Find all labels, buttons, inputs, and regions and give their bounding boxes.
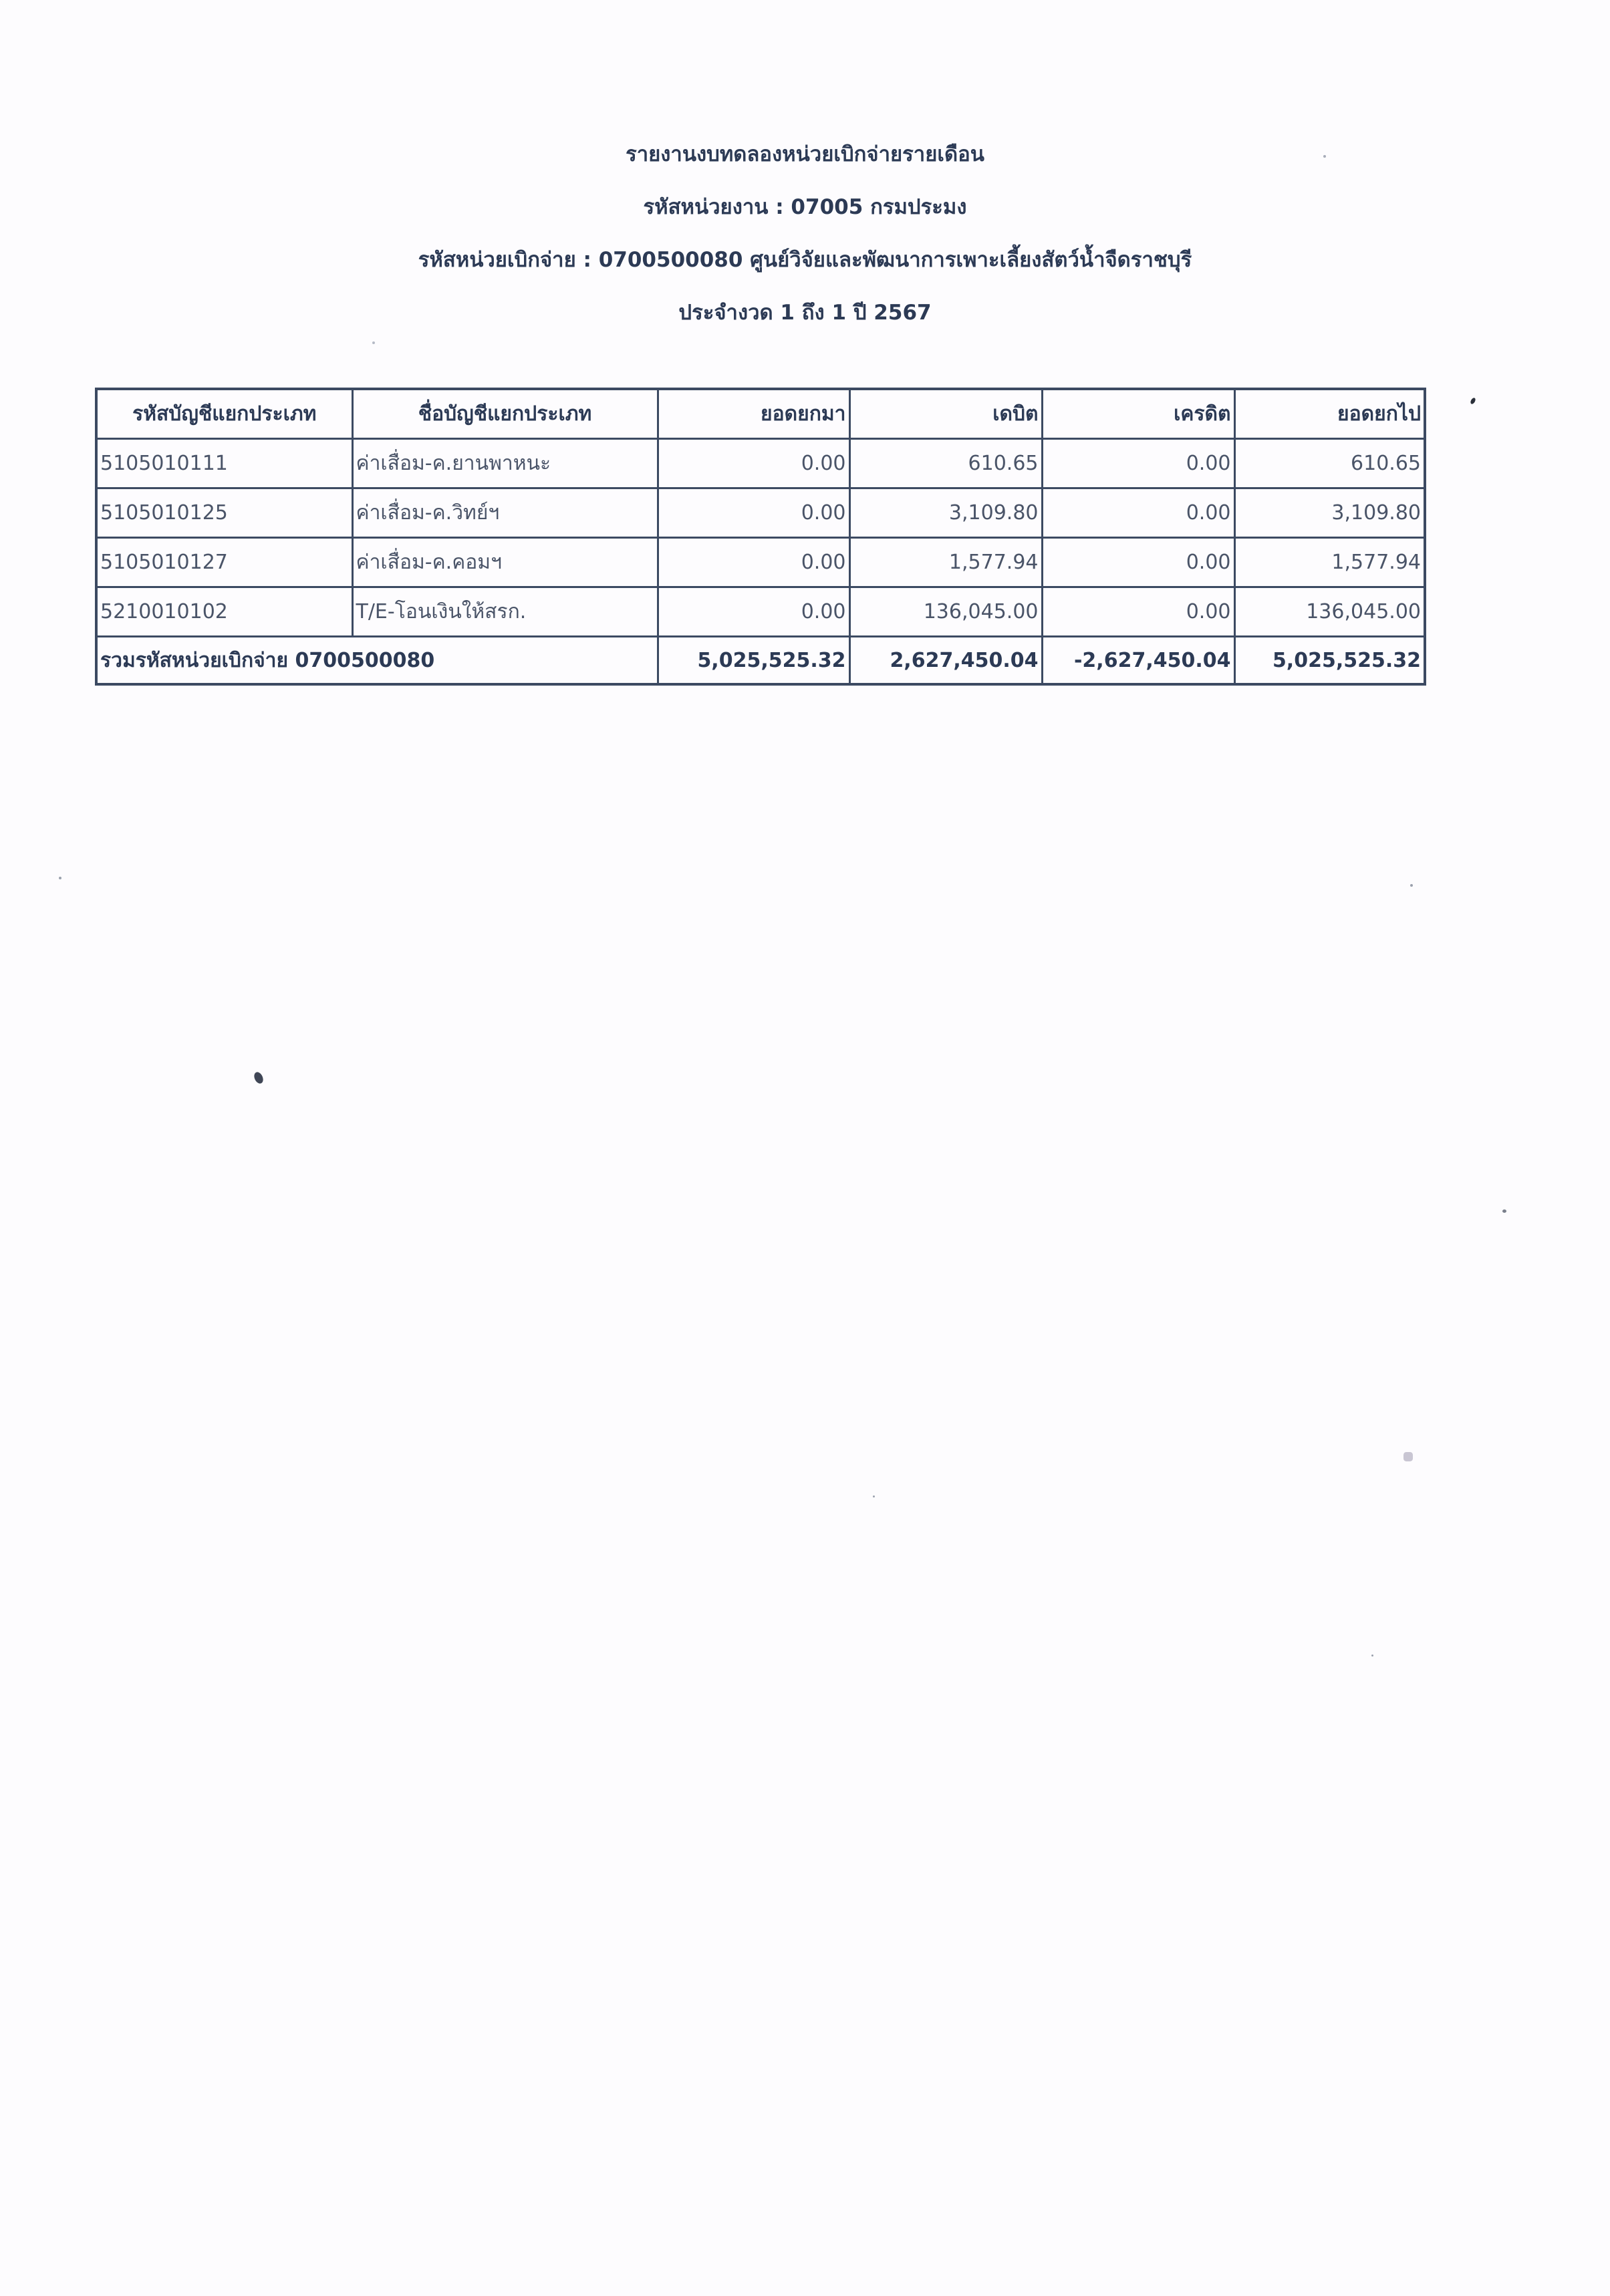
cell-account-name: ค่าเสื่อม-ค.คอมฯ xyxy=(352,538,658,587)
total-credit: -2,627,450.04 xyxy=(1042,637,1234,685)
scan-speck xyxy=(372,341,375,344)
col-header-carried-forward: ยอดยกไป xyxy=(1234,389,1425,439)
agency-code-line: รหัสหน่วยงาน : 07005 กรมประมง xyxy=(0,190,1610,223)
scan-speck xyxy=(1470,397,1476,405)
trial-balance-table: รหัสบัญชีแยกประเภท ชื่อบัญชีแยกประเภท ยอ… xyxy=(95,388,1426,686)
cell-debit: 136,045.00 xyxy=(849,587,1042,637)
scan-speck xyxy=(1371,1655,1373,1657)
total-carried-forward: 5,025,525.32 xyxy=(1234,637,1425,685)
table-row: 5105010125 ค่าเสื่อม-ค.วิทย์ฯ 0.00 3,109… xyxy=(96,488,1425,538)
col-header-account-code: รหัสบัญชีแยกประเภท xyxy=(96,389,352,439)
table-row: 5105010111 ค่าเสื่อม-ค.ยานพาหนะ 0.00 610… xyxy=(96,439,1425,488)
cell-brought-forward: 0.00 xyxy=(658,439,849,488)
cell-carried-forward: 136,045.00 xyxy=(1234,587,1425,637)
scan-speck xyxy=(1502,1209,1506,1213)
total-debit: 2,627,450.04 xyxy=(849,637,1042,685)
cell-credit: 0.00 xyxy=(1042,488,1234,538)
cell-account-code: 5105010125 xyxy=(96,488,352,538)
report-title: รายงานงบทดลองหน่วยเบิกจ่ายรายเดือน xyxy=(0,137,1610,170)
cell-carried-forward: 610.65 xyxy=(1234,439,1425,488)
cell-brought-forward: 0.00 xyxy=(658,538,849,587)
col-header-account-name: ชื่อบัญชีแยกประเภท xyxy=(352,389,658,439)
cell-credit: 0.00 xyxy=(1042,439,1234,488)
cell-brought-forward: 0.00 xyxy=(658,488,849,538)
scan-speck xyxy=(1323,155,1326,158)
scan-speck xyxy=(253,1070,265,1085)
col-header-debit: เดบิต xyxy=(849,389,1042,439)
table-row: 5210010102 T/E-โอนเงินให้สรก. 0.00 136,0… xyxy=(96,587,1425,637)
cell-account-name: ค่าเสื่อม-ค.วิทย์ฯ xyxy=(352,488,658,538)
cell-credit: 0.00 xyxy=(1042,538,1234,587)
cell-debit: 1,577.94 xyxy=(849,538,1042,587)
cell-account-code: 5210010102 xyxy=(96,587,352,637)
table-header-row: รหัสบัญชีแยกประเภท ชื่อบัญชีแยกประเภท ยอ… xyxy=(96,389,1425,439)
col-header-brought-forward: ยอดยกมา xyxy=(658,389,849,439)
cell-carried-forward: 1,577.94 xyxy=(1234,538,1425,587)
table-row: 5105010127 ค่าเสื่อม-ค.คอมฯ 0.00 1,577.9… xyxy=(96,538,1425,587)
total-brought-forward: 5,025,525.32 xyxy=(658,637,849,685)
cell-brought-forward: 0.00 xyxy=(658,587,849,637)
scan-speck xyxy=(873,1495,875,1497)
cell-carried-forward: 3,109.80 xyxy=(1234,488,1425,538)
cell-account-code: 5105010111 xyxy=(96,439,352,488)
cell-account-name: T/E-โอนเงินให้สรก. xyxy=(352,587,658,637)
disbursing-unit-line: รหัสหน่วยเบิกจ่าย : 0700500080 ศูนย์วิจั… xyxy=(0,243,1610,276)
scan-speck xyxy=(59,877,61,879)
scan-speck xyxy=(1403,1452,1413,1461)
scan-speck xyxy=(1410,884,1413,887)
cell-debit: 3,109.80 xyxy=(849,488,1042,538)
total-label: รวมรหัสหน่วยเบิกจ่าย 0700500080 xyxy=(96,637,658,685)
cell-account-code: 5105010127 xyxy=(96,538,352,587)
cell-debit: 610.65 xyxy=(849,439,1042,488)
cell-credit: 0.00 xyxy=(1042,587,1234,637)
period-line: ประจำงวด 1 ถึง 1 ปี 2567 xyxy=(0,295,1610,329)
total-row: รวมรหัสหน่วยเบิกจ่าย 0700500080 5,025,52… xyxy=(96,637,1425,685)
col-header-credit: เครดิต xyxy=(1042,389,1234,439)
cell-account-name: ค่าเสื่อม-ค.ยานพาหนะ xyxy=(352,439,658,488)
